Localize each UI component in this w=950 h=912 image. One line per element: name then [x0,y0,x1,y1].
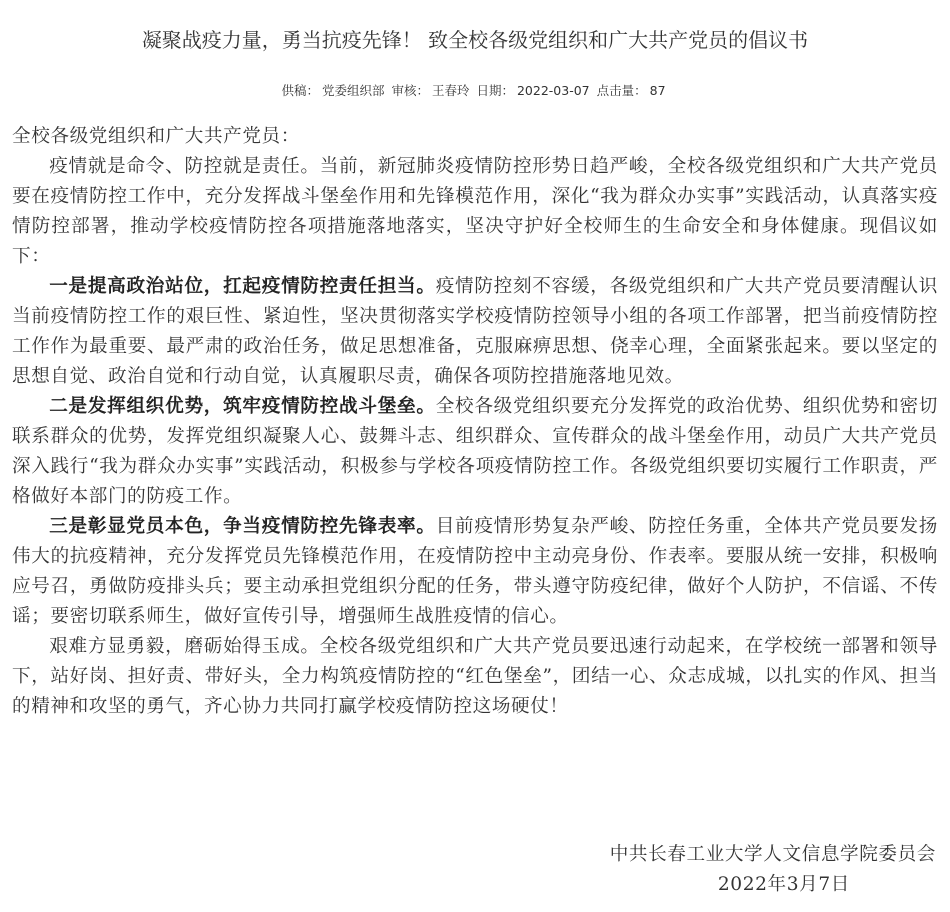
source-label: 供稿： [281,83,319,98]
paragraph-lead: 二是发挥组织优势，筑牢疫情防控战斗堡垒。 [49,396,436,417]
paragraph-point-2: 二是发挥组织优势，筑牢疫情防控战斗堡垒。全校各级党组织要充分发挥党的政治优势、组… [12,392,938,512]
paragraph-intro: 疫情就是命令、防控就是责任。当前，新冠肺炎疫情防控形势日趋严峻，全校各级党组织和… [12,152,938,272]
signature-block: 中共长春工业大学人文信息学院委员会 2022年3月7日 [610,840,936,900]
paragraph-text: 艰难方显勇毅，磨砺始得玉成。全校各级党组织和广大共产党员要迅速行动起来，在学校统… [12,636,938,717]
views-value: 87 [650,83,666,98]
date-value: 2022-03-07 [517,83,590,98]
date-label: 日期： [476,83,514,98]
article-title: 凝聚战疫力量，勇当抗疫先锋！ 致全校各级党组织和广大共产党员的倡议书 [0,24,950,53]
paragraph-point-1: 一是提高政治站位，扛起疫情防控责任担当。疫情防控刻不容缓，各级党组织和广大共产党… [12,272,938,392]
paragraph-text: 疫情就是命令、防控就是责任。当前，新冠肺炎疫情防控形势日趋严峻，全校各级党组织和… [12,156,938,267]
views-label: 点击量： [597,83,647,98]
reviewer-label: 审核： [391,83,429,98]
signature-date: 2022年3月7日 [610,870,850,900]
salutation: 全校各级党组织和广大共产党员： [12,122,938,152]
paragraph-lead: 一是提高政治站位，扛起疫情防控责任担当。 [49,276,436,297]
article-meta: 供稿：党委组织部 审核：王春玲 日期：2022-03-07 点击量：87 [0,81,950,99]
paragraph-point-3: 三是彰显党员本色，争当疫情防控先锋表率。目前疫情形势复杂严峻、防控任务重，全体共… [12,512,938,632]
source-value: 党委组织部 [322,83,385,98]
reviewer-value: 王春玲 [432,83,470,98]
signature-org: 中共长春工业大学人文信息学院委员会 [610,844,936,865]
article-body: 全校各级党组织和广大共产党员： 疫情就是命令、防控就是责任。当前，新冠肺炎疫情防… [12,122,938,722]
paragraph-lead: 三是彰显党员本色，争当疫情防控先锋表率。 [49,516,436,537]
paragraph-closing: 艰难方显勇毅，磨砺始得玉成。全校各级党组织和广大共产党员要迅速行动起来，在学校统… [12,632,938,722]
